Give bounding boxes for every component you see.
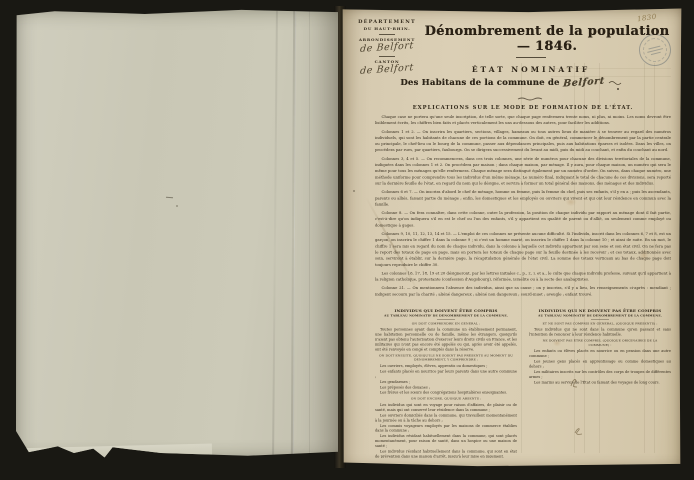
rule-item: Les individus résidant habituellement da… xyxy=(375,434,517,449)
page-edge-band xyxy=(12,444,212,460)
rule-item: Les jeunes gens placés en apprentissage … xyxy=(529,359,671,369)
paper-speck xyxy=(166,197,173,198)
commune-line: Des Habitans de la commune de Belfort xyxy=(371,77,651,88)
section-heading: NE DOIVENT PAS ÊTRE COMPRIS, (QUOIQUE OR… xyxy=(533,339,667,347)
explanation-paragraph: Colonnes 1 et 2. — On inscrira les quart… xyxy=(375,129,671,154)
explanation-paragraph: Les colonnes 16, 17, 18, 19 et 20 désign… xyxy=(375,270,671,282)
rule-item: Les préposés des douanes ; xyxy=(375,385,517,390)
crease-line xyxy=(309,9,310,458)
rule-text: Toutes personnes ayant dans la commune u… xyxy=(375,327,517,352)
divider xyxy=(379,56,395,57)
explanations-body: Chaque case ne portera qu'une seule insc… xyxy=(375,114,671,306)
rule-text: Tous individus qui ne sont dans la commu… xyxy=(529,327,671,337)
crease-line xyxy=(272,9,278,458)
right-page-census-form: 1830 DÉPARTEMENT DU HAUT-RHIN. ARRONDISS… xyxy=(341,8,682,468)
divider xyxy=(379,34,395,35)
column-title: INDIVIDUS QUI DOIVENT ÊTRE COMPRIS xyxy=(375,308,517,313)
divider xyxy=(516,57,546,58)
ink-speck xyxy=(617,88,619,90)
ink-speck xyxy=(353,190,355,192)
rule-item: Les ouvriers domiciliés dans la commune,… xyxy=(375,413,517,423)
explanation-paragraph: Colonne 8. — On fera connaître, dans cet… xyxy=(375,210,671,228)
rule-item: Les militaires inscrits sur les contrôle… xyxy=(529,369,671,379)
flourish-divider-icon xyxy=(517,96,545,102)
column-individuals-included: INDIVIDUS QUI DOIVENT ÊTRE COMPRIS AU TA… xyxy=(375,308,517,458)
commune-line-printed: Des Habitans de la commune de xyxy=(400,78,559,88)
paper-speck xyxy=(176,205,178,207)
section-heading: ON DOIT ENSUITE, QUOIQU'ILS NE SOIENT PA… xyxy=(379,354,513,362)
column-subtitle: AU TABLEAU NOMINATIF DE DÉNOMBREMENT DE … xyxy=(529,314,671,318)
section-heading: ON DOIT COMPRENDRE EN GÉNÉRAL : xyxy=(379,322,513,326)
explanation-paragraph: Colonne 21. — On mentionnera l'absence d… xyxy=(375,285,671,297)
rule-item: Les individus résidant habituellement da… xyxy=(375,449,517,458)
explanation-paragraph: Colonnes 9, 10, 11, 12, 13, 14 et 15. — … xyxy=(375,231,671,268)
flourish-icon xyxy=(608,80,622,86)
etat-nominatif-heading: ÉTAT NOMINATIF xyxy=(401,65,661,74)
departement-label: DÉPARTEMENT xyxy=(347,19,427,25)
rule-item: Les enfants placés en nourrice par leurs… xyxy=(375,369,517,379)
rule-item: Les enfants ou élèves placés en nourrice… xyxy=(529,348,671,358)
commune-handwritten-value: Belfort xyxy=(562,76,604,90)
rule-item: Les ouvriers, employés, élèves, apprenti… xyxy=(375,363,517,368)
section-heading: ET NE SONT PAS COMPRIS EN GÉNÉRAL, (QUOI… xyxy=(533,322,667,326)
section-heading: ON DOIT ENCORE, QUOIQUE ABSENTS : xyxy=(379,397,513,401)
departement-value: DU HAUT-RHIN. xyxy=(347,26,427,31)
rule-item: Les commis voyageurs employés par les ma… xyxy=(375,423,517,433)
crease-line xyxy=(291,9,296,458)
arrondissement-handwritten-value: de Belfort xyxy=(360,40,415,55)
folio-number: 1830 xyxy=(637,13,658,24)
column-subtitle: AU TABLEAU NOMINATIF DE DÉNOMBREMENT DE … xyxy=(375,314,517,318)
rule-item: Les individus qui sont en voyage pour ra… xyxy=(375,402,517,412)
divider xyxy=(437,320,455,321)
explanation-paragraph: Colonnes 3, 4 et 5. — On recommencera, d… xyxy=(375,156,671,187)
explanation-paragraph: Colonnes 6 et 7. — On inscrira d'abord l… xyxy=(375,189,671,207)
explanations-heading: EXPLICATIONS SUR LE MODE DE FORMATION DE… xyxy=(375,105,671,111)
column-individuals-excluded: INDIVIDUS QUI NE DOIVENT PAS ÊTRE COMPRI… xyxy=(529,308,671,458)
page-title: Dénombrement de la population — 1846. xyxy=(421,24,673,54)
explanation-paragraph: Chaque case ne portera qu'une seule insc… xyxy=(375,114,671,126)
inclusion-rules-columns: INDIVIDUS QUI DOIVENT ÊTRE COMPRIS AU TA… xyxy=(375,308,671,458)
left-page-blank xyxy=(16,9,338,458)
rule-item: Les marins au service de l'État ou faisa… xyxy=(529,380,671,385)
column-title: INDIVIDUS QUI NE DOIVENT PAS ÊTRE COMPRI… xyxy=(529,308,671,313)
scanned-register-view: 1830 DÉPARTEMENT DU HAUT-RHIN. ARRONDISS… xyxy=(0,0,694,480)
rule-item: Les frères et les sœurs des congrégation… xyxy=(375,390,517,395)
rule-item: Les gendarmes ; xyxy=(375,379,517,384)
divider xyxy=(591,320,609,321)
